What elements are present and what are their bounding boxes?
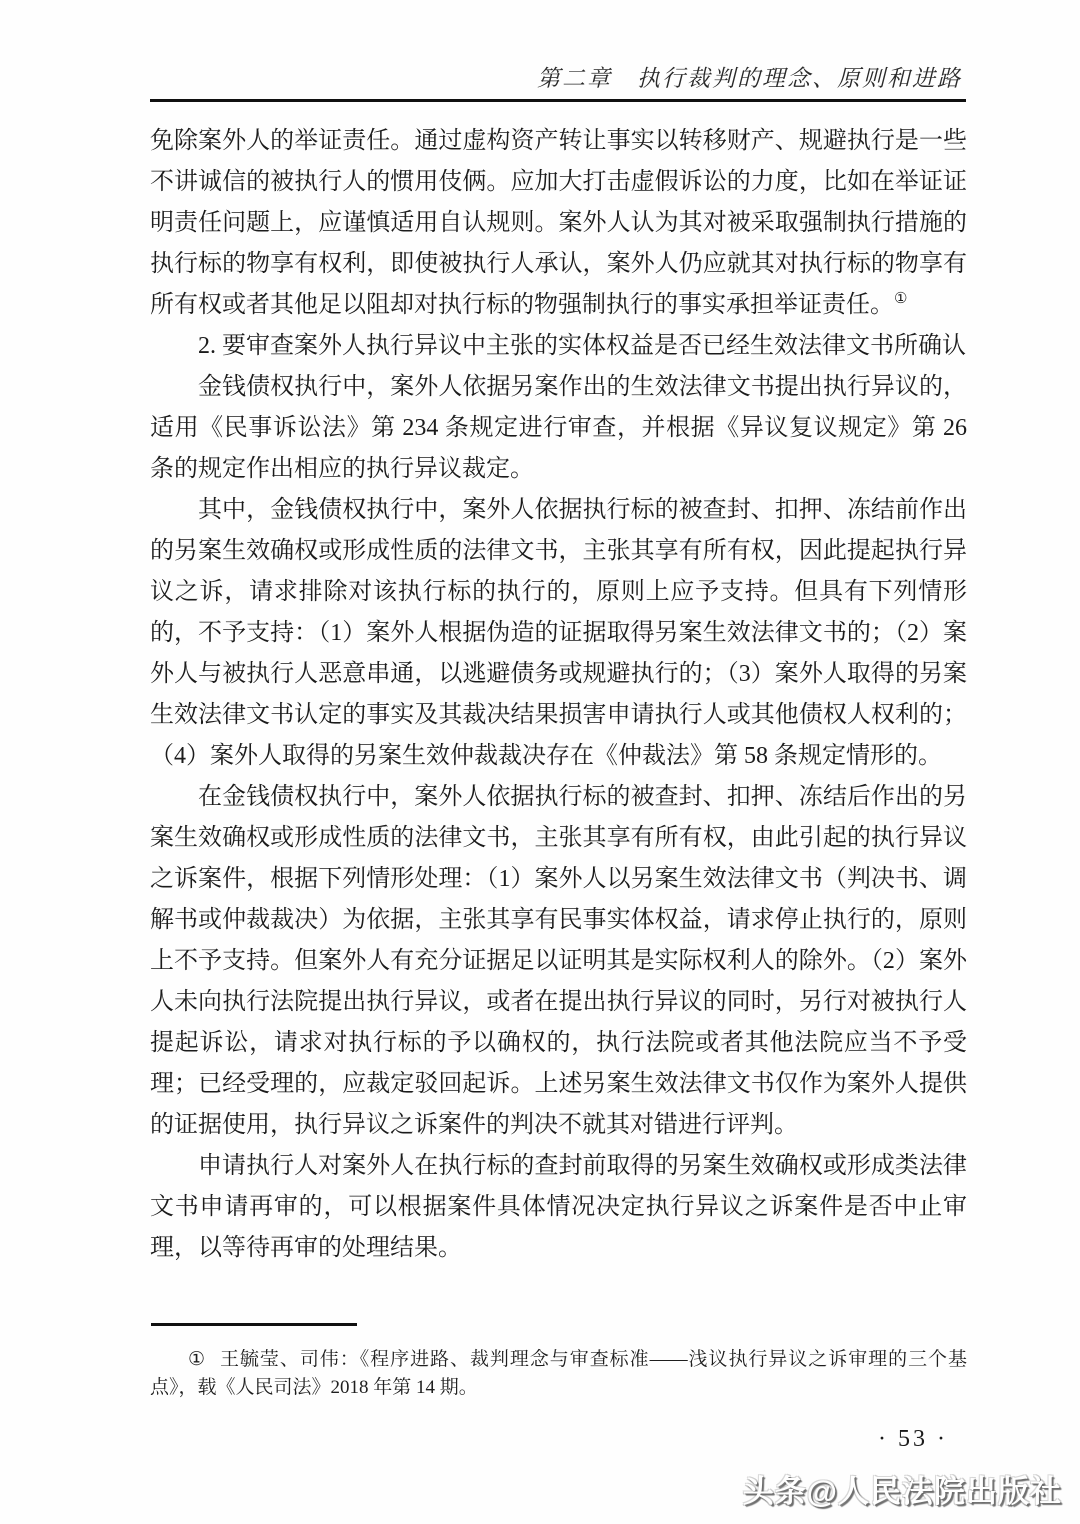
header-rule <box>150 99 966 102</box>
publisher-watermark: 头条@人民法院出版社 <box>743 1466 1062 1511</box>
paragraph: 其中，金钱债权执行中，案外人依据执行标的被查封、扣押、冻结前作出的另案生效确权或… <box>150 490 967 777</box>
footnote-separator-rule <box>151 1323 357 1326</box>
book-page: 第二章 执行裁判的理念、原则和进路 免除案外人的举证责任。通过虚构资产转让事实以… <box>0 0 1080 1524</box>
paragraph-text: 免除案外人的举证责任。通过虚构资产转让事实以转移财产、规避执行是一些不讲诚信的被… <box>150 128 967 318</box>
paragraph: 免除案外人的举证责任。通过虚构资产转让事实以转移财产、规避执行是一些不讲诚信的被… <box>150 121 967 326</box>
running-head-chapter-title: 第二章 执行裁判的理念、原则和进路 <box>537 60 962 93</box>
footnote-text: 王毓莹、司伟：《程序进路、裁判理念与审查标准——浅议执行异议之诉审理的三个基点》… <box>150 1349 967 1398</box>
body-text: 免除案外人的举证责任。通过虚构资产转让事实以转移财产、规避执行是一些不讲诚信的被… <box>150 121 967 1269</box>
paragraph: 2. 要审查案外人执行异议中主张的实体权益是否已经生效法律文书所确认 <box>150 326 967 367</box>
paragraph: 申请执行人对案外人在执行标的查封前取得的另案生效确权或形成类法律文书申请再审的，… <box>150 1146 967 1269</box>
footnote: ①王毓莹、司伟：《程序进路、裁判理念与审查标准——浅议执行异议之诉审理的三个基点… <box>150 1346 967 1402</box>
paragraph: 在金钱债权执行中，案外人依据执行标的被查封、扣押、冻结后作出的另案生效确权或形成… <box>150 777 967 1146</box>
page-number: · 53 · <box>878 1426 948 1453</box>
paragraph: 金钱债权执行中，案外人依据另案作出的生效法律文书提出执行异议的，适用《民事诉讼法… <box>150 367 967 490</box>
footnote-marker: ① <box>188 1349 206 1370</box>
footnote-ref-marker: ① <box>894 291 907 307</box>
